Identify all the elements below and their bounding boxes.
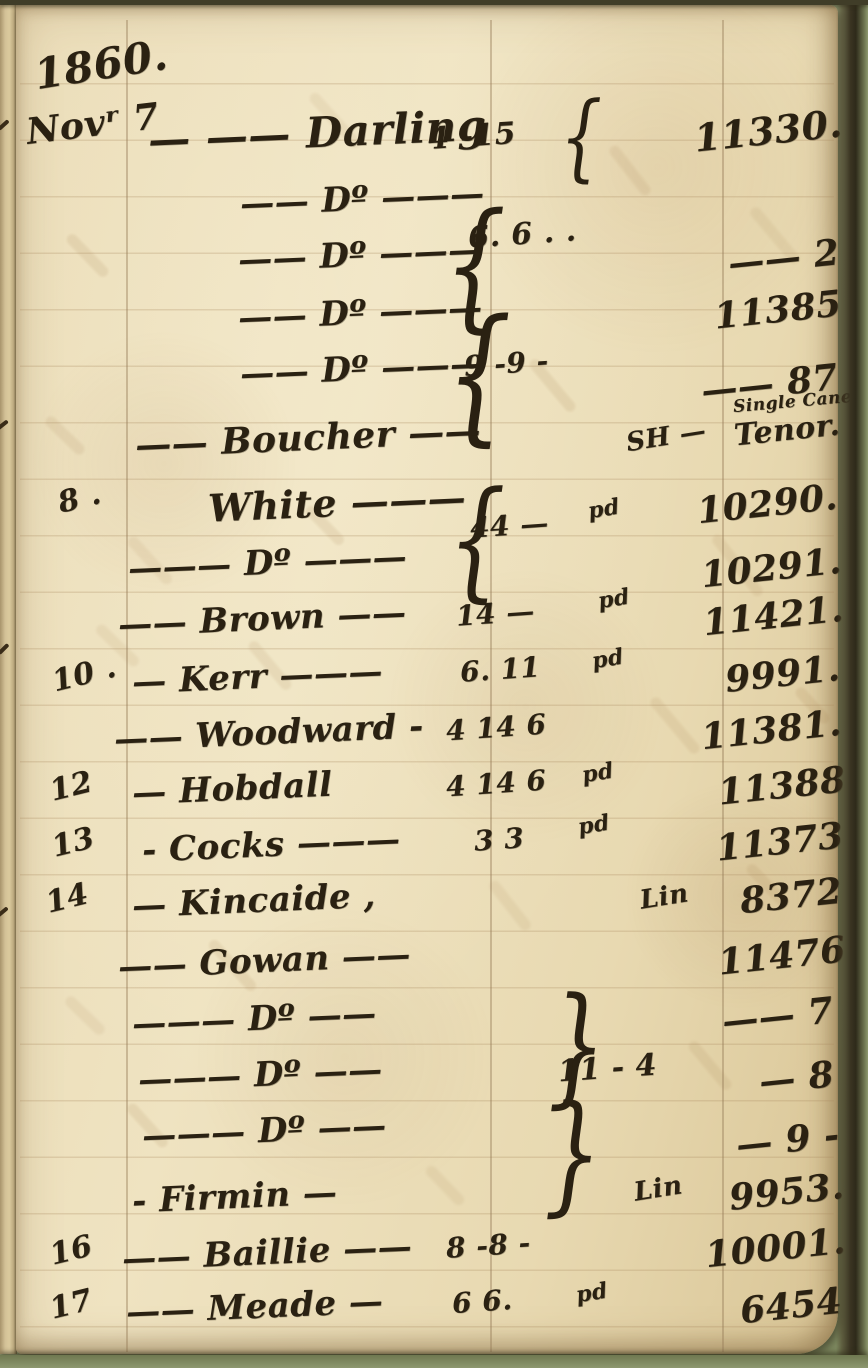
- ledger-number: —— 2: [727, 234, 842, 281]
- ledger-number: 9953.: [727, 1168, 845, 1216]
- ledger-number: — 8: [757, 1056, 835, 1100]
- ledger-number: —— 7: [721, 992, 836, 1039]
- ledger-number: 11330.: [692, 104, 844, 157]
- book-binding-edge: [836, 0, 868, 1368]
- day-number: 14: [43, 879, 92, 918]
- paid-mark: pd: [586, 496, 621, 523]
- day-number: 16: [47, 1231, 96, 1270]
- entry-name: —— Baillie ——: [121, 1230, 412, 1277]
- ledger-row: ——— Dº ——}—— 7: [0, 1002, 868, 1058]
- paid-mark: Lin: [638, 880, 690, 913]
- entry-name: ——— Dº ——: [131, 997, 377, 1042]
- ledger-number: 11385: [713, 285, 844, 334]
- entry-name: ——— Dº ——: [141, 1109, 387, 1154]
- entry-name: —— Gowan ——: [117, 938, 411, 985]
- paid-mark: Lin: [632, 1172, 684, 1205]
- amount-value: 6 6.: [451, 1286, 513, 1318]
- ledger-number: 10291.: [700, 543, 844, 594]
- paid-mark: pd: [580, 760, 615, 787]
- ledger-number: Tenor.: [732, 411, 841, 452]
- ledger-number: 8372: [738, 873, 843, 919]
- ledger-row: - Firmin —Lin9953.: [0, 1180, 868, 1236]
- scanned-ledger-page: 1860. Novʳ 7 — —— Darling4 -15{11330.—— …: [0, 0, 868, 1368]
- paid-mark: pd: [596, 586, 631, 613]
- amount-value: 3 3: [473, 824, 525, 855]
- ledger-row: 13- Cocks ———3 3pd11373: [0, 828, 868, 884]
- amount-value: 6. 11: [459, 653, 541, 687]
- ledger-number: 11476: [717, 931, 848, 980]
- entry-name: —— Brown ——: [117, 596, 407, 643]
- ledger-row: —— Gowan ——11476: [0, 944, 868, 1000]
- ledger-row: ——— Dº ——}— 9 -: [0, 1114, 868, 1170]
- day-number: 12: [47, 767, 96, 806]
- paid-mark: SH —: [624, 418, 707, 456]
- day-number: 17: [47, 1285, 96, 1324]
- ledger-number: 10290.: [696, 479, 840, 530]
- entry-name: —— Meade —: [125, 1284, 384, 1329]
- year-heading: 1860.: [32, 34, 171, 96]
- ink-layer: 1860. Novʳ 7 — —— Darling4 -15{11330.—— …: [0, 0, 868, 1368]
- ledger-row: —— Dº ———6. 6 . .{—— 2: [0, 238, 868, 294]
- entry-name: —— Boucher ——: [134, 412, 481, 463]
- ledger-row: 8 .White ———44 —pd{10290.: [0, 484, 868, 540]
- ledger-row: ——— Dº ———10291.: [0, 546, 868, 602]
- entry-name: —— Woodward -: [113, 709, 424, 756]
- paid-mark: pd: [574, 1280, 609, 1307]
- ledger-number: 11373: [715, 817, 846, 866]
- entry-name: — Hobdall: [131, 768, 333, 811]
- ledger-row: —— Brown ——14 —pd11421.: [0, 602, 868, 658]
- entry-name: White ———: [207, 478, 467, 527]
- amount-value: 4 14 6: [445, 767, 547, 802]
- ledger-number: 11388: [717, 761, 848, 810]
- ledger-row: 10 .— Kerr ———6. 11pd9991.: [0, 660, 868, 716]
- ledger-row: ——— Dº ——11 - 4— 8: [0, 1058, 868, 1114]
- amount-value: 14 —: [455, 597, 535, 630]
- ledger-row: 17—— Meade —6 6.pd6454: [0, 1290, 868, 1346]
- ledger-row: 12— Hobdall4 14 6pd11388: [0, 772, 868, 828]
- ledger-row: —— Dº ———11385: [0, 296, 868, 352]
- paid-mark: pd: [590, 646, 625, 673]
- amount-value: 4 14 6: [445, 711, 547, 746]
- ledger-row: —— Dº ———: [0, 182, 868, 238]
- entry-name: ——— Dº ———: [127, 540, 407, 586]
- ledger-number: 9991.: [723, 650, 841, 698]
- day-number: 8 .: [55, 479, 104, 519]
- entry-name: - Firmin —: [131, 1176, 338, 1219]
- ledger-row: —— Boucher ——SH —Tenor.: [0, 420, 868, 476]
- scan-top-edge: [0, 0, 868, 5]
- amount-value: 8 -8 -: [445, 1229, 531, 1263]
- ledger-row: —— Dº ———9 -9 -{—— 87Single Cane: [0, 352, 868, 408]
- day-number: 13: [49, 823, 98, 862]
- entry-name: ——— Dº ——: [137, 1053, 383, 1098]
- ledger-row: 14— Kincaide ,Lin8372: [0, 884, 868, 940]
- bracket-glyph: {: [560, 90, 603, 185]
- ledger-row: —— Woodward -4 14 611381.: [0, 716, 868, 772]
- ledger-row: 16—— Baillie ——8 -8 -10001.: [0, 1236, 868, 1292]
- amount-value: 4 -15: [427, 119, 517, 155]
- entry-name: — Kincaide ,: [131, 879, 376, 924]
- ledger-number: — 9 -: [735, 1117, 842, 1164]
- paid-mark: pd: [576, 812, 611, 839]
- entry-name: — Kerr ———: [131, 655, 383, 700]
- ledger-row: — —— Darling4 -15{11330.: [0, 112, 868, 168]
- day-number: 10 .: [49, 653, 119, 698]
- entry-name: - Cocks ———: [141, 822, 401, 867]
- scan-bottom-edge: [0, 1355, 868, 1368]
- ledger-number: 6454: [738, 1283, 843, 1329]
